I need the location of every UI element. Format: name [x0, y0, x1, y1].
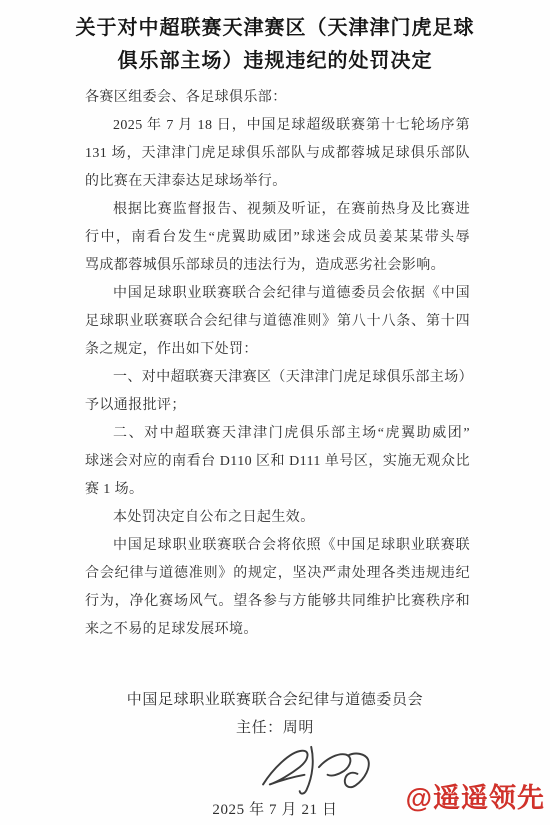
document-page: 关于对中超联赛天津赛区（天津津门虎足球 俱乐部主场）违规违纪的处罚决定 各赛区组… [0, 0, 550, 825]
committee-name: 中国足球职业联赛联合会纪律与道德委员会 [0, 686, 550, 714]
body-line: 足球职业联赛联合会纪律与道德准则》第八十八条、第十四 [85, 308, 470, 336]
body-line: 本处罚决定自公布之日起生效。 [85, 504, 470, 532]
body-line: 中国足球职业联赛联合会将依照《中国足球职业联赛联 [85, 532, 470, 560]
body-line: 条之规定，作出如下处罚： [85, 336, 470, 364]
body-line: 合会纪律与道德准则》的规定，坚决严肃处理各类违规违纪 [85, 560, 470, 588]
signer-role-line: 主任：周明 [0, 714, 550, 742]
body-line: 一、对中超联赛天津赛区（天津津门虎足球俱乐部主场） [85, 364, 470, 392]
body-line: 骂成都蓉城俱乐部球员的违法行为，造成恶劣社会影响。 [85, 252, 470, 280]
body-line: 行为，净化赛场风气。望各参与方能够共同维护比赛秩序和 [85, 588, 470, 616]
handwritten-signature-icon [257, 744, 377, 796]
salutation: 各赛区组委会、各足球俱乐部： [85, 84, 470, 112]
body-line: 赛 1 场。 [85, 476, 470, 504]
body-line: 来之不易的足球发展环境。 [85, 616, 470, 644]
page-title: 关于对中超联赛天津赛区（天津津门虎足球 俱乐部主场）违规违纪的处罚决定 [40, 12, 510, 78]
watermark-badge: @遥遥领先 [406, 776, 545, 815]
page-title-line-2: 俱乐部主场）违规违纪的处罚决定 [40, 45, 510, 78]
closing-block: 中国足球职业联赛联合会纪律与道德委员会 主任：周明 [0, 686, 550, 742]
body-line: 球迷会对应的南看台 D110 区和 D111 单号区，实施无观众比 [85, 448, 470, 476]
body-line: 行中，南看台发生“虎翼助威团”球迷会成员姜某某带头辱 [85, 224, 470, 252]
body-line: 2025 年 7 月 18 日，中国足球超级联赛第十七轮场序第 [85, 112, 470, 140]
body-line: 中国足球职业联赛联合会纪律与道德委员会依据《中国 [85, 280, 470, 308]
page-title-line-1: 关于对中超联赛天津赛区（天津津门虎足球 [40, 12, 510, 45]
body-line: 二、对中超联赛天津津门虎俱乐部主场“虎翼助威团” [85, 420, 470, 448]
body-line: 根据比赛监督报告、视频及听证，在赛前热身及比赛进 [85, 196, 470, 224]
body-line: 131 场，天津津门虎足球俱乐部队与成都蓉城足球俱乐部队 [85, 140, 470, 168]
document-body: 各赛区组委会、各足球俱乐部： 2025 年 7 月 18 日，中国足球超级联赛第… [85, 84, 470, 644]
body-line: 予以通报批评； [85, 392, 470, 420]
body-line: 的比赛在天津泰达足球场举行。 [85, 168, 470, 196]
